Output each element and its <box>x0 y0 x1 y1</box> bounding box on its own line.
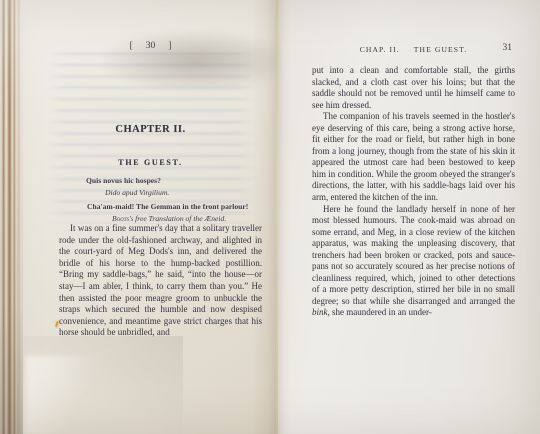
shadow-smudge <box>95 28 280 94</box>
right-page-paragraph-3: Here he found the landlady herself in no… <box>312 204 515 319</box>
right-page: CHAP. II. THE GUEST. 31 put into a clean… <box>278 0 540 434</box>
right-page-paragraph-2: The companion of his travels seemed in t… <box>312 111 515 203</box>
right-page-body-text: put into a clean and comfortable stall, … <box>312 65 515 319</box>
paragraph-3-text-before: Here he found the landlady herself in no… <box>312 204 515 306</box>
corner-glare <box>26 356 116 434</box>
running-header: CHAP. II. THE GUEST. <box>312 45 515 54</box>
page-edge-stack <box>0 0 23 434</box>
paragraph-3-text-after: , she maundered in an under- <box>328 307 432 317</box>
left-page-body-text: It was on a fine summer's day that a sol… <box>59 223 262 339</box>
paragraph-3-italic-word: bink <box>312 307 328 317</box>
running-header-chapter: CHAP. II. <box>360 45 400 54</box>
right-page-number: 31 <box>503 43 513 53</box>
running-header-title: THE GUEST. <box>414 45 467 54</box>
right-page-paragraph-1: put into a clean and comfortable stall, … <box>312 65 515 111</box>
book-photo: [ 30 ] CHAPTER II. THE GUEST. Quis novus… <box>0 0 540 434</box>
